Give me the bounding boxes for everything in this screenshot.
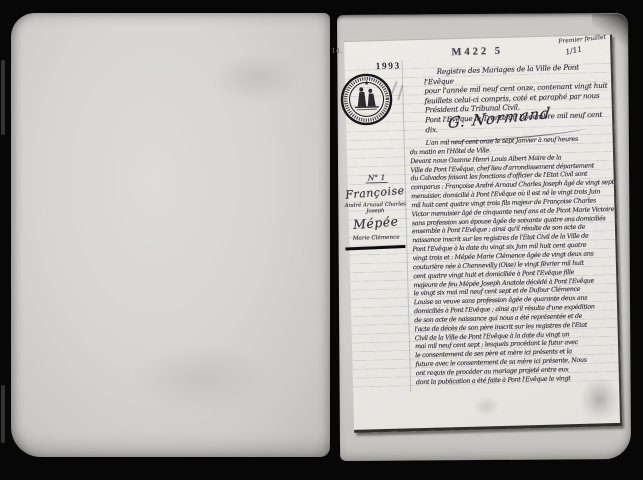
scanner-edge-artifact bbox=[1, 385, 5, 443]
register-sheet: M422 5 Premier feuillet 1/11 1993 Regist… bbox=[344, 34, 622, 433]
marriage-act-text: L'an mil neuf cent onze le sept Janvier … bbox=[410, 134, 620, 391]
act-number: N° 1 bbox=[351, 173, 401, 183]
paper-stain bbox=[131, 343, 271, 413]
official-seal-icon bbox=[339, 72, 394, 127]
scanner-edge-artifact bbox=[1, 60, 5, 135]
scanned-register-screenshot: { "colors": { "ink": "#38363e", "pencil"… bbox=[0, 0, 643, 480]
left-blank-page bbox=[11, 13, 330, 457]
paper-stain bbox=[211, 53, 301, 103]
paper-stain bbox=[473, 396, 500, 417]
archive-year-stamp: 1993 bbox=[376, 62, 401, 73]
ink-smudge bbox=[579, 377, 620, 422]
pencil-folio-number: 14. bbox=[331, 47, 342, 55]
